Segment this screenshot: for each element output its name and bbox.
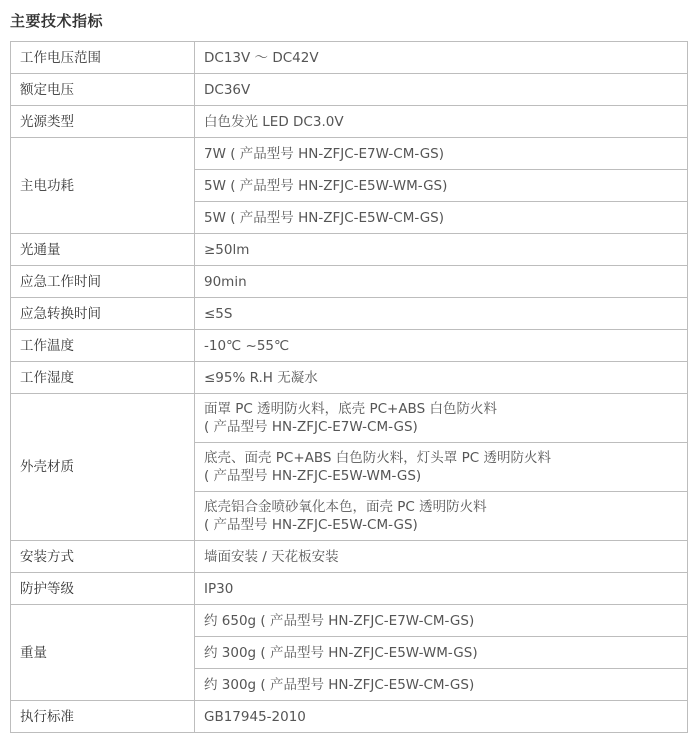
material-description: 面罩 PC 透明防火料，底壳 PC+ABS 白色防火料 bbox=[204, 400, 687, 418]
table-row-protection-rating: 防护等级 IP30 bbox=[11, 573, 688, 605]
table-row-main-power-consumption: 主电功耗 7W ( 产品型号 HN-ZFJC-E7W-CM-GS) bbox=[11, 138, 688, 170]
row-value: 底壳铝合金喷砂氧化本色，面壳 PC 透明防火料 ( 产品型号 HN-ZFJC-E… bbox=[195, 492, 688, 541]
row-label: 外壳材质 bbox=[11, 394, 195, 541]
row-label: 额定电压 bbox=[11, 74, 195, 106]
table-row-emergency-duration: 应急工作时间 90min bbox=[11, 266, 688, 298]
section-title: 主要技术指标 bbox=[10, 10, 103, 31]
table-row-standard: 执行标准 GB17945-2010 bbox=[11, 701, 688, 733]
row-value: 5W ( 产品型号 HN-ZFJC-E5W-CM-GS) bbox=[195, 202, 688, 234]
row-value: ≥50lm bbox=[195, 234, 688, 266]
row-value: DC36V bbox=[195, 74, 688, 106]
row-value: 墙面安装 / 天花板安装 bbox=[195, 541, 688, 573]
row-value: 底壳、面壳 PC+ABS 白色防火料，灯头罩 PC 透明防火料 ( 产品型号 H… bbox=[195, 443, 688, 492]
row-value: -10℃ ~55℃ bbox=[195, 330, 688, 362]
row-label: 工作湿度 bbox=[11, 362, 195, 394]
material-description: 底壳、面壳 PC+ABS 白色防火料，灯头罩 PC 透明防火料 bbox=[204, 449, 687, 467]
model-number: ( 产品型号 HN-ZFJC-E7W-CM-GS) bbox=[204, 418, 687, 436]
row-value: 约 300g ( 产品型号 HN-ZFJC-E5W-CM-GS) bbox=[195, 669, 688, 701]
row-value: 面罩 PC 透明防火料，底壳 PC+ABS 白色防火料 ( 产品型号 HN-ZF… bbox=[195, 394, 688, 443]
table-row-luminous-flux: 光通量 ≥50lm bbox=[11, 234, 688, 266]
row-label: 光通量 bbox=[11, 234, 195, 266]
row-label: 光源类型 bbox=[11, 106, 195, 138]
row-label: 应急转换时间 bbox=[11, 298, 195, 330]
material-description: 底壳铝合金喷砂氧化本色，面壳 PC 透明防火料 bbox=[204, 498, 687, 516]
row-value: 5W ( 产品型号 HN-ZFJC-E5W-WM-GS) bbox=[195, 170, 688, 202]
table-row-emergency-switch-time: 应急转换时间 ≤5S bbox=[11, 298, 688, 330]
table-row-operating-temperature: 工作温度 -10℃ ~55℃ bbox=[11, 330, 688, 362]
row-value: ≤5S bbox=[195, 298, 688, 330]
table-row-rated-voltage: 额定电压 DC36V bbox=[11, 74, 688, 106]
spec-table: 工作电压范围 DC13V ～ DC42V 额定电压 DC36V 光源类型 白色发… bbox=[10, 41, 688, 733]
row-label: 安装方式 bbox=[11, 541, 195, 573]
row-value: 约 650g ( 产品型号 HN-ZFJC-E7W-CM-GS) bbox=[195, 605, 688, 637]
row-label: 执行标准 bbox=[11, 701, 195, 733]
row-label: 重量 bbox=[11, 605, 195, 701]
table-row-operating-voltage-range: 工作电压范围 DC13V ～ DC42V bbox=[11, 42, 688, 74]
table-row-installation-method: 安装方式 墙面安装 / 天花板安装 bbox=[11, 541, 688, 573]
row-value: 约 300g ( 产品型号 HN-ZFJC-E5W-WM-GS) bbox=[195, 637, 688, 669]
model-number: ( 产品型号 HN-ZFJC-E5W-WM-GS) bbox=[204, 467, 687, 485]
row-label: 工作温度 bbox=[11, 330, 195, 362]
table-row-housing-material: 外壳材质 面罩 PC 透明防火料，底壳 PC+ABS 白色防火料 ( 产品型号 … bbox=[11, 394, 688, 443]
row-label: 防护等级 bbox=[11, 573, 195, 605]
row-value: 7W ( 产品型号 HN-ZFJC-E7W-CM-GS) bbox=[195, 138, 688, 170]
row-label: 工作电压范围 bbox=[11, 42, 195, 74]
row-label: 应急工作时间 bbox=[11, 266, 195, 298]
table-row-weight: 重量 约 650g ( 产品型号 HN-ZFJC-E7W-CM-GS) bbox=[11, 605, 688, 637]
row-value: DC13V ～ DC42V bbox=[195, 42, 688, 74]
row-value: GB17945-2010 bbox=[195, 701, 688, 733]
row-label: 主电功耗 bbox=[11, 138, 195, 234]
table-row-light-source-type: 光源类型 白色发光 LED DC3.0V bbox=[11, 106, 688, 138]
model-number: ( 产品型号 HN-ZFJC-E5W-CM-GS) bbox=[204, 516, 687, 534]
row-value: IP30 bbox=[195, 573, 688, 605]
row-value: ≤95% R.H 无凝水 bbox=[195, 362, 688, 394]
table-row-operating-humidity: 工作湿度 ≤95% R.H 无凝水 bbox=[11, 362, 688, 394]
row-value: 90min bbox=[195, 266, 688, 298]
row-value: 白色发光 LED DC3.0V bbox=[195, 106, 688, 138]
